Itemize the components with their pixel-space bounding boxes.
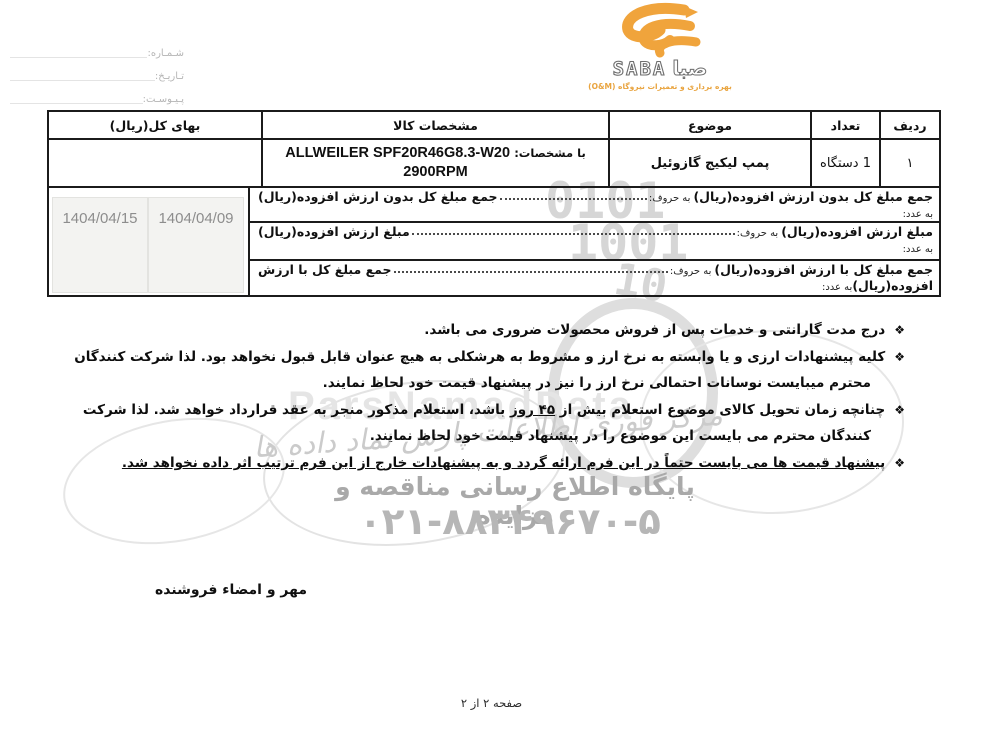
note-item-form-required: ❖پیشنهاد قیمت ها می بایست حتماً در این ف… xyxy=(40,450,941,476)
saba-logo: SABA صبا بهره برداری و تعمیرات نیروگاه (… xyxy=(572,2,748,91)
item-specs-line1: با مشخصات: ALLWEILER SPF20R46G8.3-W20 xyxy=(285,144,586,163)
item-total-price-empty xyxy=(49,140,261,186)
watermark-phone-number: ۰۲۱-۸۸۳۴۹۶۷۰-۵ xyxy=(280,500,740,543)
specs-prefix: با مشخصات: xyxy=(514,146,586,160)
note-text-pre: چنانچه زمان تحویل کالای موضوع استعلام بی… xyxy=(555,402,885,418)
table-item-row: ۱ 1 دستگاه پمپ لیکیج گازوئیل با مشخصات: … xyxy=(49,140,939,188)
bullet-diamond-icon: ❖ xyxy=(894,456,905,470)
logo-wordmark: SABA صبا xyxy=(572,56,748,80)
column-header-subject: موضوع xyxy=(608,112,810,138)
date-chip-published: 1404/04/09 xyxy=(148,197,244,293)
item-subject: پمپ لیکیج گازوئیل xyxy=(608,140,810,186)
logo-brand-latin: SABA xyxy=(613,58,667,80)
date-chips: 1404/04/15 1404/04/09 xyxy=(52,197,244,293)
price-row-total-without-vat: جمع مبلغ کل بدون ارزش افزوده(ریال) به حر… xyxy=(250,188,939,223)
bullet-diamond-icon: ❖ xyxy=(894,323,905,337)
in-digits-label: به عدد: xyxy=(903,244,933,255)
column-header-total-price: بهای کل(ریال) xyxy=(49,112,261,138)
saba-bird-icon xyxy=(600,2,720,60)
price-label-wrap: جمع مبلغ کل بدون ارزش افزوده(ریال) xyxy=(258,189,498,204)
price-label-wrap: جمع مبلغ کل با ارزش xyxy=(258,262,392,277)
column-header-quantity: تعداد xyxy=(810,112,879,138)
item-specs: با مشخصات: ALLWEILER SPF20R46G8.3-W20 29… xyxy=(261,140,608,186)
note-item-delivery-time: ❖چنانچه زمان تحویل کالای موضوع استعلام ب… xyxy=(40,397,941,449)
field-attachment: پـیـوسـت: xyxy=(8,92,184,106)
dotted-fill-line xyxy=(500,198,647,200)
dotted-fill-line xyxy=(394,271,668,273)
item-row-no: ۱ xyxy=(879,140,939,186)
field-number: شـمـاره: xyxy=(8,46,184,60)
scanned-inquiry-document: 0101 1001 10 ParsNamadData مرکز فوری اطل… xyxy=(0,0,983,748)
in-words-label: به حروف: xyxy=(649,193,691,204)
field-blank-line xyxy=(10,80,155,81)
price-label-wrap2: افزوده(ریال) xyxy=(852,278,933,293)
page-number-footer: صفحه ۲ از ۲ xyxy=(0,696,983,710)
in-words-label: به حروف: xyxy=(737,228,779,239)
seller-signature-label: مهر و امضاء فروشنده xyxy=(155,582,307,598)
note-text: کلیه پیشنهادات ارزی و یا وابسته به نرخ ا… xyxy=(74,349,885,391)
column-header-row-no: ردیف xyxy=(879,112,939,138)
price-label: مبلغ ارزش افزوده(ریال) xyxy=(781,224,933,239)
note-item-warranty: ❖درج مدت گارانتی و خدمات پس از فروش محصو… xyxy=(40,317,941,343)
logo-subtitle: بهره برداری و تعمیرات نیروگاه (O&M) xyxy=(572,82,748,91)
column-header-specs: مشخصات کالا xyxy=(261,112,608,138)
price-label: جمع مبلغ کل بدون ارزش افزوده(ریال) xyxy=(693,189,933,204)
dotted-fill-line xyxy=(412,233,735,235)
table-header-row: ردیف تعداد موضوع مشخصات کالا بهای کل(ریا… xyxy=(49,112,939,140)
price-row-total-with-vat: جمع مبلغ کل با ارزش افزوده(ریال) به حروف… xyxy=(250,261,939,295)
note-item-currency: ❖کلیه پیشنهادات ارزی و یا وابسته به نرخ … xyxy=(40,344,941,396)
field-blank-line xyxy=(10,103,143,104)
note-text: درج مدت گارانتی و خدمات پس از فروش محصول… xyxy=(424,322,885,338)
date-chip-deadline: 1404/04/15 xyxy=(52,197,148,293)
field-label: شـمـاره: xyxy=(147,48,184,60)
note-text: پیشنهاد قیمت ها می بایست حتماً در این فر… xyxy=(122,455,885,471)
bullet-diamond-icon: ❖ xyxy=(894,403,905,417)
field-label: پـیـوسـت: xyxy=(143,94,184,106)
price-row-vat-amount: مبلغ ارزش افزوده(ریال) به حروف: مبلغ ارز… xyxy=(250,223,939,261)
note-text-underlined: ۴۵ روز xyxy=(510,402,555,418)
item-specs-rpm: 2900RPM xyxy=(403,163,467,182)
price-rows: جمع مبلغ کل بدون ارزش افزوده(ریال) به حر… xyxy=(248,188,939,295)
price-label-wrap: مبلغ ارزش افزوده(ریال) xyxy=(258,224,410,239)
in-digits-label: به عدد: xyxy=(903,209,933,220)
notes-list: ❖درج مدت گارانتی و خدمات پس از فروش محصو… xyxy=(40,317,941,477)
price-label: جمع مبلغ کل با ارزش افزوده(ریال) xyxy=(714,262,933,277)
specs-model: ALLWEILER SPF20R46G8.3-W20 xyxy=(285,145,510,161)
field-blank-line xyxy=(10,57,147,58)
field-label: تـاریـخ: xyxy=(155,71,184,83)
field-date: تـاریـخ: xyxy=(8,69,184,83)
bullet-diamond-icon: ❖ xyxy=(894,350,905,364)
header-fields: شـمـاره: تـاریـخ: پـیـوسـت: xyxy=(8,46,184,115)
logo-brand-fa: صبا xyxy=(672,56,707,80)
bird-head xyxy=(684,6,698,18)
in-words-label: به حروف: xyxy=(670,266,712,277)
in-digits-label: به عدد: xyxy=(822,282,852,293)
item-quantity: 1 دستگاه xyxy=(810,140,879,186)
